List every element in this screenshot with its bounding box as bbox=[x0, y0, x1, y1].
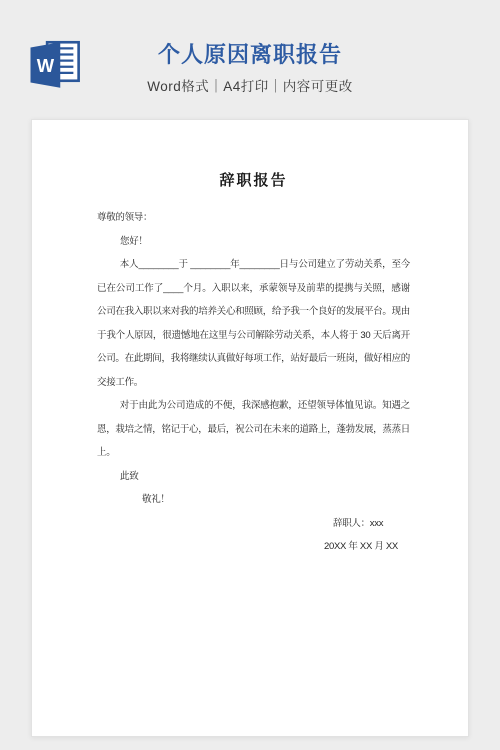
template-preview-page: W 个人原因离职报告 Word格式｜A4打印｜内容可更改 辞职报告 尊敬的领导：… bbox=[0, 0, 500, 737]
salutation-line: 尊敬的领导： bbox=[97, 206, 410, 230]
greeting-line: 您好！ bbox=[97, 230, 410, 254]
word-icon: W bbox=[27, 37, 83, 93]
closing-line: 此致 bbox=[97, 465, 410, 489]
date-line: 20XX 年 XX 月 XX bbox=[97, 535, 410, 559]
document-title: 辞职报告 bbox=[97, 171, 410, 191]
svg-text:W: W bbox=[37, 55, 55, 76]
body-paragraph: 对于由此为公司造成的不便，我深感抱歉，还望领导体恤见谅。知遇之恩，栽培之情，铭记… bbox=[97, 394, 410, 465]
signature-block: 辞职人：xxx 20XX 年 XX 月 XX bbox=[97, 512, 410, 559]
document-page: 辞职报告 尊敬的领导： 您好！ 本人________于 ________年___… bbox=[31, 119, 469, 737]
page-title: 个人原因离职报告 bbox=[158, 40, 342, 70]
header: W 个人原因离职报告 Word格式｜A4打印｜内容可更改 bbox=[0, 0, 500, 96]
body-paragraph: 本人________于 ________年________日与公司建立了劳动关系… bbox=[97, 253, 410, 394]
salute-line: 敬礼！ bbox=[97, 488, 410, 512]
signer-line: 辞职人：xxx bbox=[97, 512, 410, 536]
